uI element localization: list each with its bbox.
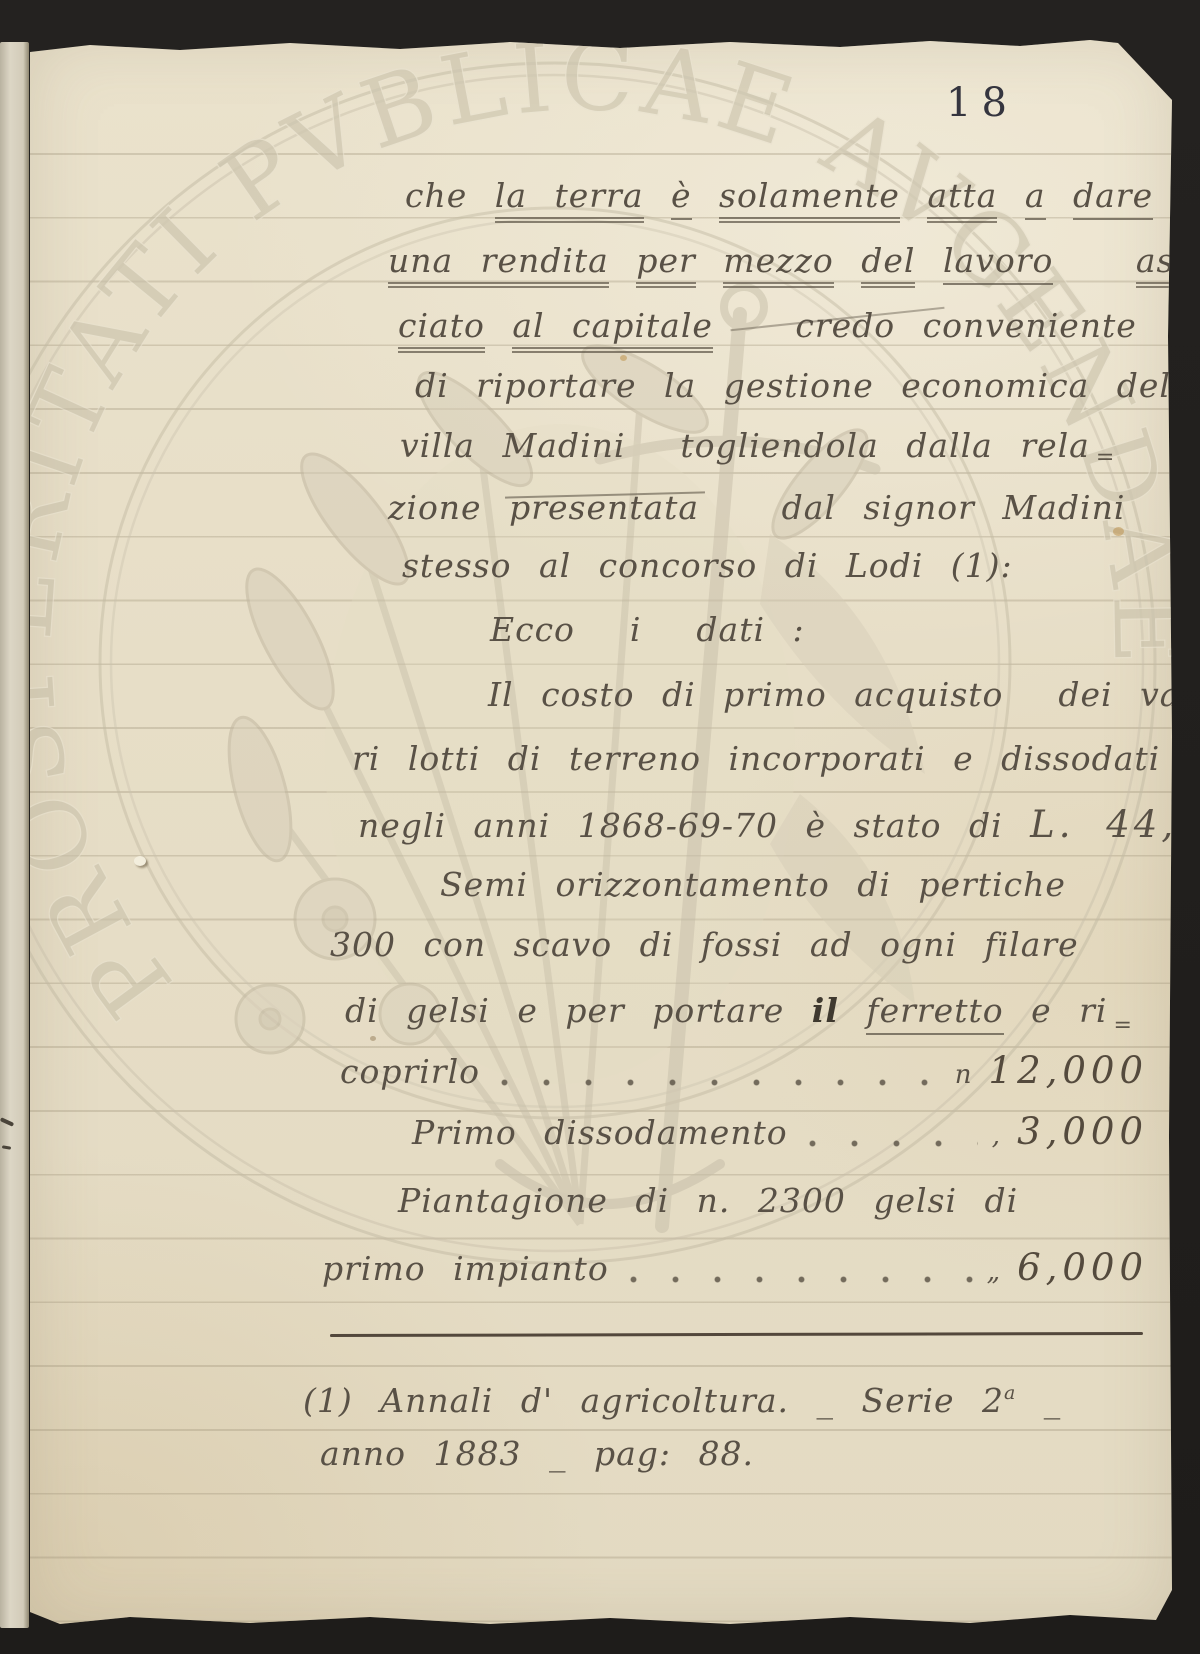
text-run: di riportare la gestione economica della (415, 365, 1172, 407)
text-run: primo impianto (322, 1248, 609, 1290)
underlined-text: ciato (398, 305, 485, 353)
ditto-mark: „ (987, 1251, 1001, 1293)
manuscript-line: Ecco i dati : (490, 609, 805, 651)
text-run (485, 305, 513, 347)
underlined-text: solamente (719, 175, 900, 223)
text-run: villa Madini togliendola dalla rela (400, 425, 1090, 467)
text-run (692, 175, 720, 217)
underlined-text: la terra (495, 175, 644, 223)
underlined-text: atta (927, 175, 997, 223)
text-run: che (405, 175, 495, 217)
continuation-mark: = (1096, 437, 1115, 479)
manuscript-line: 300 con scavo di fossi ad ogni filare (330, 924, 1079, 966)
text-run: stesso al concorso di Lodi (1): (402, 545, 1013, 587)
text-run: credo conveniente (713, 305, 1137, 347)
text-run (1053, 240, 1135, 282)
underlined-text: dare (1073, 175, 1153, 220)
manuscript-line: stesso al concorso di Lodi (1): (402, 545, 1013, 587)
manuscript-line: Primo dissodamento,3,000 (412, 1111, 1148, 1157)
manuscript-line: zione presentata dal signor Madini (388, 487, 1125, 529)
text-run (834, 240, 862, 282)
text-run: anno 1883 _ pag: 88. (320, 1433, 754, 1475)
text-run: _ (1016, 1380, 1061, 1422)
text-run: dal signor Madini (699, 487, 1125, 529)
amount-value: 6,000 (1017, 1247, 1148, 1289)
manuscript-line: negli anni 1868-69-70 è stato di L. 44,0… (358, 804, 1172, 847)
text-run (696, 240, 724, 282)
text-run: ri lotti di terreno incorporati e dissod… (352, 738, 1160, 780)
text-run (915, 240, 943, 282)
amount-value: 3,000 (1017, 1111, 1148, 1153)
text-run: Piantagione di n. 2300 gelsi di (398, 1180, 1018, 1222)
text-run: Semi orizzontamento di pertiche (440, 864, 1066, 906)
manuscript-line: una rendita per mezzo del lavoro asso= (388, 240, 1172, 288)
text-run: il (812, 990, 839, 1032)
ditto-mark: , (992, 1115, 1001, 1157)
manuscript-line: ciato al capitale credo conveniente (398, 305, 1137, 353)
manuscript-page: PROSPERITATI PVBLICAE AVGENDAE (30, 36, 1172, 1626)
manuscript-line: villa Madini togliendola dalla rela= (400, 425, 1115, 467)
text-run (839, 990, 867, 1032)
dot-leader (500, 1078, 941, 1087)
text-run: Il costo di primo acquisto dei va (488, 674, 1172, 716)
ditto-mark: n (955, 1054, 973, 1096)
manuscript-line: di riportare la gestione economica della (415, 365, 1172, 407)
manuscript-line: Piantagione di n. 2300 gelsi di (398, 1180, 1018, 1222)
underlined-text: del (861, 240, 915, 288)
manuscript-line: anno 1883 _ pag: 88. (320, 1433, 754, 1475)
underlined-text: per (636, 240, 695, 288)
text-run: a (1004, 1372, 1016, 1414)
text-run: zione (388, 487, 509, 529)
manuscript-line: Il costo di primo acquisto dei va= (488, 674, 1172, 716)
paper-fleck (134, 856, 146, 866)
text-run (644, 175, 672, 217)
continuation-mark: = (1113, 1005, 1132, 1047)
text-run (997, 175, 1025, 217)
manuscript-line: ri lotti di terreno incorporati e dissod… (352, 738, 1160, 780)
manuscript-line: che la terra è solamente atta a dare (405, 175, 1153, 223)
foxing-spot (620, 355, 627, 361)
manuscript-line: coprirlon12,000 (340, 1050, 1148, 1096)
text-run: e ri (1004, 990, 1108, 1032)
underlined-text: al capitale (512, 305, 713, 353)
text-run: Ecco i dati : (490, 609, 805, 651)
manuscript-line: primo impianto„6,000 (322, 1247, 1148, 1293)
page-number: 18 (946, 80, 1017, 126)
text-run: Primo dissodamento (412, 1112, 788, 1154)
text-run (900, 175, 928, 217)
manuscript-line: Semi orizzontamento di pertiche (440, 864, 1066, 906)
dot-leader (808, 1139, 978, 1148)
underlined-text: lavoro (943, 240, 1053, 285)
text-run (609, 240, 637, 282)
text-run: presentata (509, 487, 699, 529)
text-run: 300 con scavo di fossi ad ogni filare (330, 924, 1079, 966)
amount-value: 12,000 (989, 1050, 1148, 1092)
dot-leader (629, 1275, 973, 1284)
text-run: coprirlo (340, 1051, 480, 1093)
scanned-manuscript-page: PROSPERITATI PVBLICAE AVGENDAE (0, 0, 1200, 1654)
underlined-text: asso (1136, 240, 1172, 288)
text-run (1046, 175, 1074, 217)
underlined-text: una rendita (388, 240, 609, 288)
text-run: di gelsi e per portare (345, 990, 812, 1032)
underlined-text: mezzo (723, 240, 833, 288)
manuscript-line: di gelsi e per portare il ferretto e ri= (345, 990, 1133, 1035)
text-run: L. 44,000 (1030, 804, 1172, 846)
foxing-spot (370, 1036, 376, 1041)
underlined-text: ferretto (866, 990, 1003, 1035)
manuscript-line: (1) Annali d' agricoltura. _ Serie 2a _ (303, 1380, 1061, 1427)
adjacent-page-edge (0, 42, 29, 1628)
text-run: negli anni 1868-69-70 è stato di (358, 805, 1030, 847)
underlined-text: è (671, 175, 692, 220)
text-run: (1) Annali d' agricoltura. _ Serie 2 (303, 1380, 1004, 1422)
underlined-text: a (1025, 175, 1046, 220)
